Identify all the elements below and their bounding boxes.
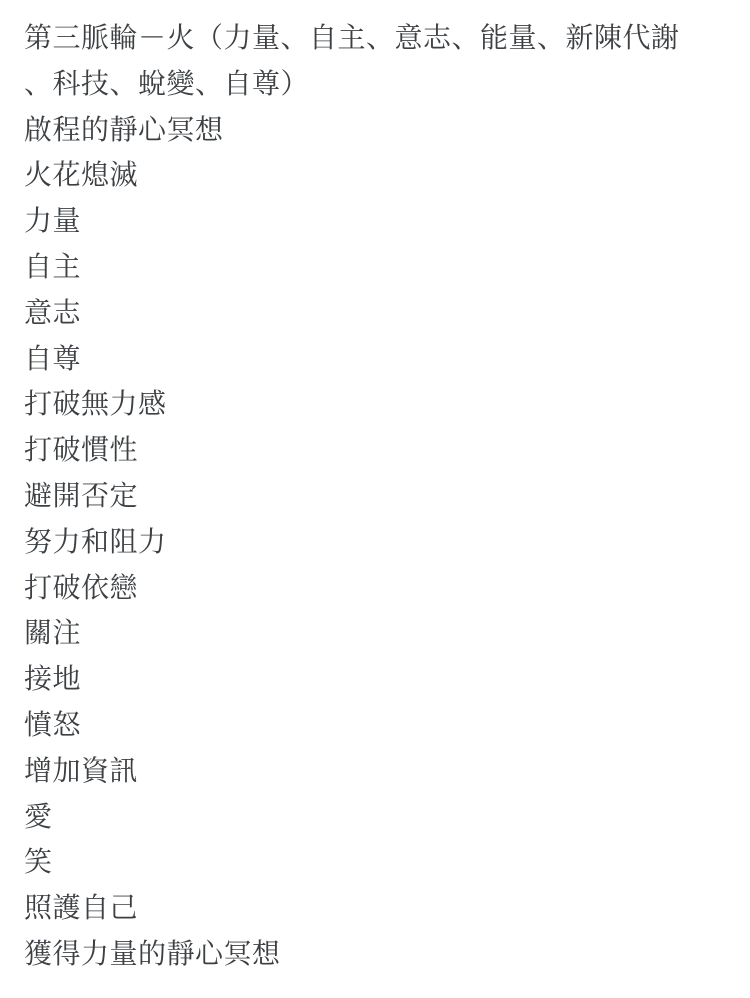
text-line: 愛 — [24, 794, 728, 840]
text-line: 、科技、蛻變、自尊） — [24, 61, 728, 107]
text-line: 打破慣性 — [24, 427, 728, 473]
text-line: 避開否定 — [24, 473, 728, 519]
chapter-list: 第三脈輪－火（力量、自主、意志、能量、新陳代謝、科技、蛻變、自尊）啟程的靜心冥想… — [0, 0, 750, 977]
text-line: 笑 — [24, 839, 728, 885]
text-line: 接地 — [24, 656, 728, 702]
text-line: 獲得力量的靜心冥想 — [24, 931, 728, 977]
text-line: 啟程的靜心冥想 — [24, 107, 728, 153]
text-line: 力量 — [24, 198, 728, 244]
text-line: 自主 — [24, 244, 728, 290]
text-line: 第三脈輪－火（力量、自主、意志、能量、新陳代謝 — [24, 15, 728, 61]
text-line: 憤怒 — [24, 702, 728, 748]
text-line: 關注 — [24, 610, 728, 656]
text-line: 意志 — [24, 290, 728, 336]
text-line: 火花熄滅 — [24, 152, 728, 198]
text-line: 增加資訊 — [24, 748, 728, 794]
text-line: 打破依戀 — [24, 565, 728, 611]
text-line: 照護自己 — [24, 885, 728, 931]
text-line: 自尊 — [24, 336, 728, 382]
text-line: 努力和阻力 — [24, 519, 728, 565]
text-line: 打破無力感 — [24, 381, 728, 427]
